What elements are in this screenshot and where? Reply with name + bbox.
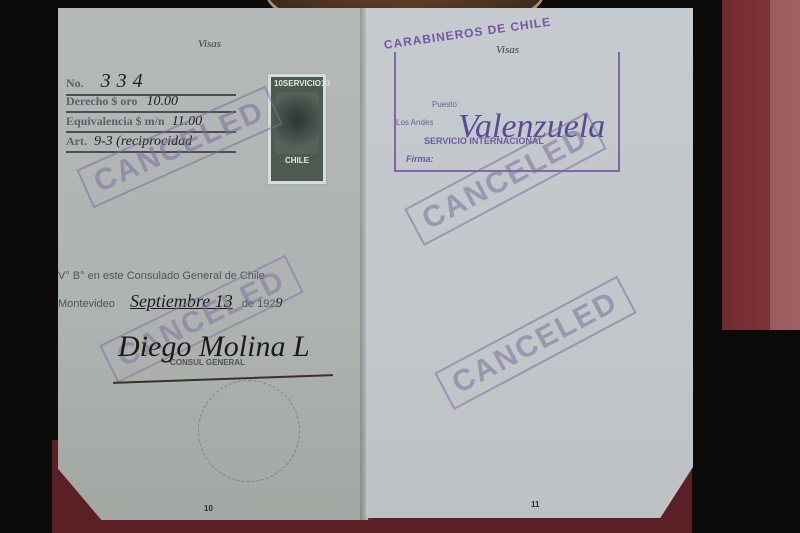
signature-underline bbox=[113, 374, 333, 384]
fee-revenue-stamp: 10 SERVICIO 10 CHILE bbox=[268, 74, 326, 184]
field-value: 10.00 bbox=[147, 94, 179, 109]
visa-page-left: Visas No. 334 Derecho $ oro 10.00 Equiva… bbox=[58, 8, 368, 520]
city: Montevideo bbox=[58, 298, 115, 310]
page-header: Visas bbox=[198, 38, 221, 50]
field-number: No. 334 bbox=[66, 70, 236, 96]
field-value: 334 bbox=[101, 70, 149, 92]
consulate-seal bbox=[198, 380, 300, 482]
field-label: Equivalencia $ m/n bbox=[66, 114, 165, 128]
stamp-country: CHILE bbox=[271, 156, 323, 165]
stamp-value: 10 bbox=[274, 79, 283, 88]
carabineros-title: CARABINEROS DE CHILE bbox=[383, 15, 552, 52]
red-book-edge bbox=[770, 0, 800, 330]
page-number: 10 bbox=[204, 504, 213, 513]
field-label: Derecho $ oro bbox=[66, 94, 138, 108]
carabineros-line2: Los Andes bbox=[396, 118, 433, 127]
stamp-label: SERVICIO bbox=[283, 79, 321, 88]
firma-label: Firma: bbox=[406, 154, 434, 164]
canceled-stamp: CANCELED bbox=[434, 276, 636, 410]
page-number: 11 bbox=[531, 500, 539, 509]
field-label: No. bbox=[66, 76, 84, 90]
signature-title: CONSUL GENERAL bbox=[170, 358, 245, 367]
carabineros-line1: Puesto bbox=[432, 100, 457, 109]
visa-page-right: Visas CARABINEROS DE CHILE Puesto Los An… bbox=[366, 8, 693, 518]
passport-photo: Visas No. 334 Derecho $ oro 10.00 Equiva… bbox=[0, 0, 800, 533]
field-label: Art. bbox=[66, 134, 87, 148]
stamp-value: 10 bbox=[321, 79, 330, 88]
